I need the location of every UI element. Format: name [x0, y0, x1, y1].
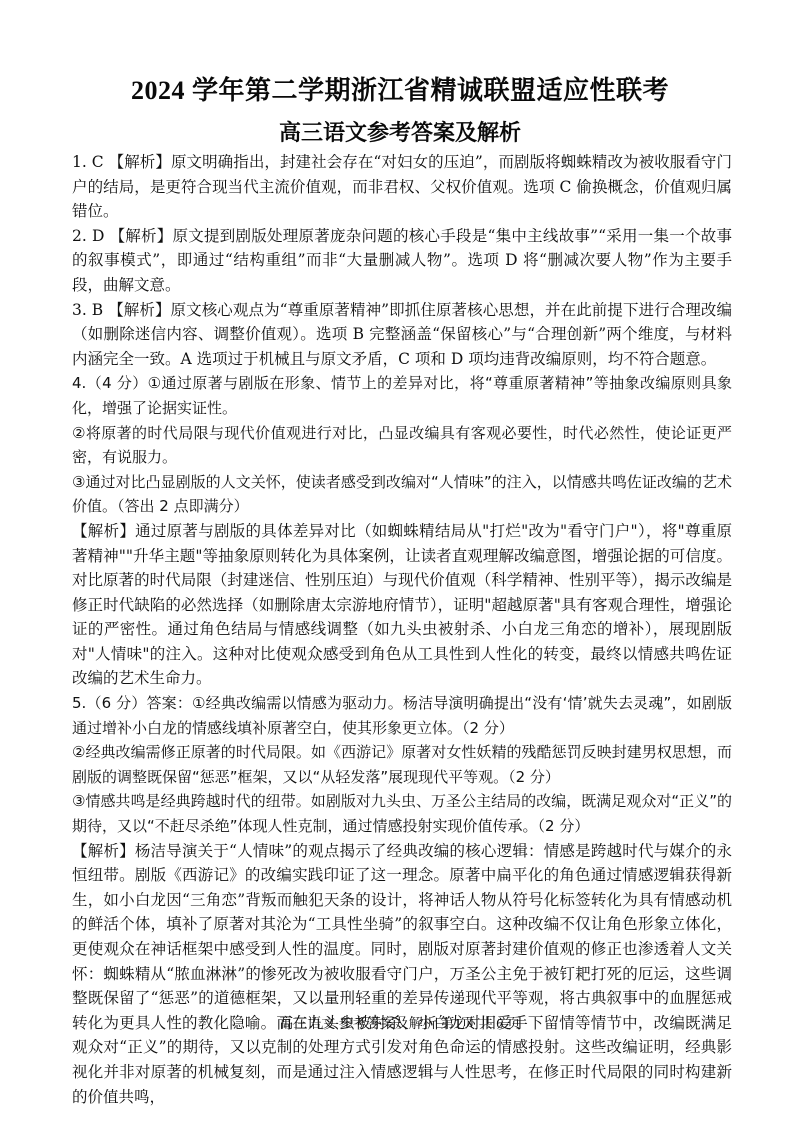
answer-5-point-2: ②经典改编需修正原著的时代局限。如《西游记》原著对女性妖精的残酷惩罚反映封建男权… — [72, 740, 732, 789]
document-body: 1. C 【解析】原文明确指出，封建社会存在“对妇女的压迫”，而剧版将蜘蛛精改为… — [72, 150, 732, 1109]
document-page: 2024 学年第二学期浙江省精诚联盟适应性联考 高三语文参考答案及解析 1. C… — [0, 0, 800, 1132]
document-title: 2024 学年第二学期浙江省精诚联盟适应性联考 — [0, 70, 800, 107]
answer-5-analysis: 【解析】杨洁导演关于“人情味”的观点揭示了经典改编的核心逻辑：情感是跨越时代与媒… — [72, 839, 732, 1110]
answer-4-point-2: ②将原著的时代局限与现代价值观进行对比，凸显改编具有客观必要性，时代必然性，使论… — [72, 421, 732, 470]
answer-4-point-1: 4.（4 分）①通过原著与剧版在形象、情节上的差异对比，将“尊重原著精神”等抽象… — [72, 371, 732, 420]
answer-2: 2. D 【解析】原文提到剧版处理原著庞杂问题的核心手段是“集中主线故事”“采用… — [72, 224, 732, 298]
answer-1: 1. C 【解析】原文明确指出，封建社会存在“对妇女的压迫”，而剧版将蜘蛛精改为… — [72, 150, 732, 224]
answer-3: 3. B 【解析】原文核心观点为“尊重原著精神”即抓住原著核心思想，并在此前提下… — [72, 298, 732, 372]
page-footer: 高三语文 参考答案及解析 第1页 共 6 页 — [0, 1013, 800, 1033]
document-subtitle: 高三语文参考答案及解析 — [0, 116, 800, 147]
answer-5-point-1: 5.（6 分）答案：①经典改编需以情感为驱动力。杨洁导演明确提出“没有‘情’就失… — [72, 691, 732, 740]
answer-4-point-3: ③通过对比凸显剧版的人文关怀，使读者感受到改编对“人情味”的注入，以情感共鸣佐证… — [72, 470, 732, 519]
answer-4-analysis: 【解析】通过原著与剧版的具体差异对比（如蜘蛛精结局从"打烂"改为"看守门户"），… — [72, 519, 732, 691]
answer-5-point-3: ③情感共鸣是经典跨越时代的纽带。如剧版对九头虫、万圣公主结局的改编，既满足观众对… — [72, 789, 732, 838]
